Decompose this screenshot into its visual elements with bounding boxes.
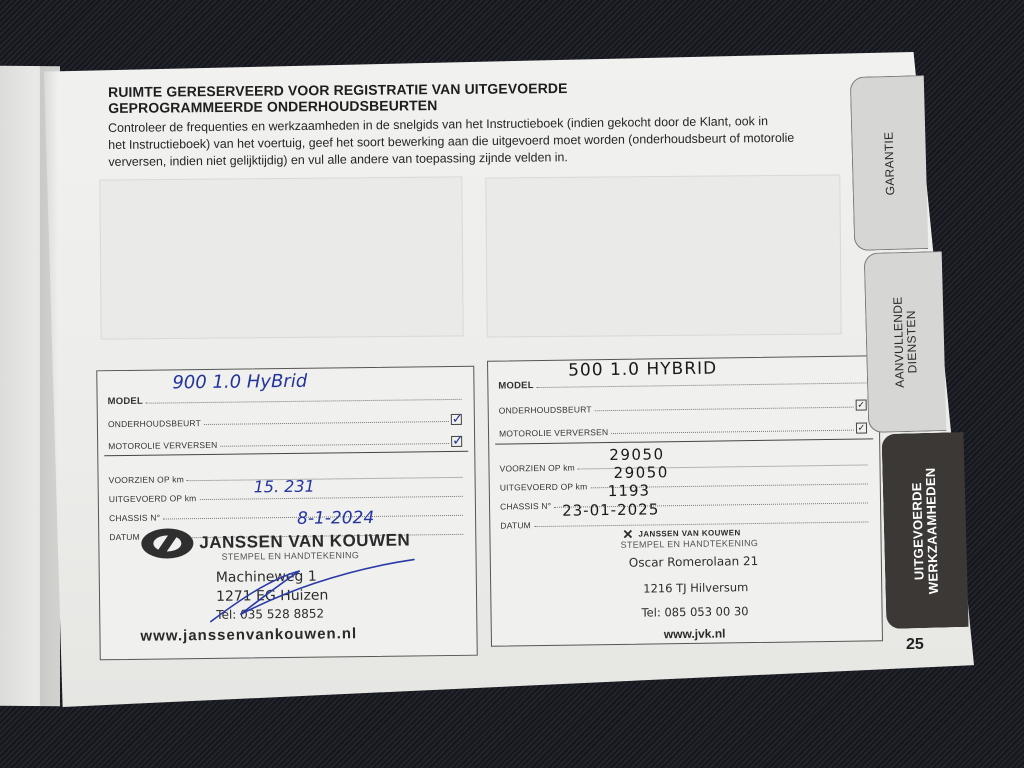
dealer-phone: Tel: 085 053 00 30	[641, 604, 748, 619]
voorzien-km-value: 29050	[609, 445, 664, 464]
dealer-website: www.jvk.nl	[664, 626, 726, 641]
tab-label: GARANTIE	[882, 131, 897, 195]
tab-uitgevoerde-werkzaamheden[interactable]: UITGEVOERDE WERKZAAMHEDEN	[881, 432, 968, 629]
uitgevoerd-km-value: 15. 231	[254, 477, 315, 497]
motorolie-label: MOTOROLIE VERVERSEN	[499, 427, 611, 439]
stamp-signature-label: STEMPEL EN HANDTEKENING	[621, 538, 759, 550]
tab-aanvullende-diensten[interactable]: AANVULLENDE DIENSTEN	[864, 251, 947, 433]
model-value: 500 1.0 HYBRID	[568, 359, 717, 381]
model-label: MODEL	[108, 396, 146, 407]
check-icon: ✓	[858, 423, 866, 433]
divider	[495, 438, 873, 444]
datum-label: DATUM	[109, 532, 143, 542]
chassis-label: CHASSIS N°	[109, 513, 163, 524]
dotted-line	[534, 521, 868, 527]
chassis-label: CHASSIS N°	[500, 501, 554, 512]
check-icon: ✓	[857, 400, 865, 410]
motorolie-label: MOTOROLIE VERVERSEN	[108, 440, 220, 451]
tab-label-line: DIENSTEN	[904, 296, 919, 388]
model-value: 900 1.0 HyBrid	[172, 371, 307, 394]
dotted-line	[187, 477, 463, 481]
maintenance-entry-1: MODEL 900 1.0 HyBrid ONDERHOUDSBEURT ✓ M…	[96, 366, 478, 661]
page-number: 25	[906, 636, 924, 654]
signature	[200, 557, 421, 630]
check-icon: ✓	[452, 433, 464, 449]
divider	[104, 451, 468, 456]
dealer-name: JANSSEN VAN KOUWEN	[638, 528, 740, 538]
dotted-line	[595, 407, 854, 412]
datum-value: 23-01-2025	[562, 500, 659, 519]
onderhoudsbeurt-checkbox[interactable]: ✓	[451, 414, 462, 425]
tab-label: UITGEVOERDE WERKZAAMHEDEN	[910, 467, 941, 594]
motorolie-row: MOTOROLIE VERVERSEN ✓	[499, 415, 867, 438]
datum-value: 8-1-2024	[297, 508, 374, 529]
onderhoudsbeurt-label: ONDERHOUDSBEURT	[108, 418, 204, 429]
model-label: MODEL	[498, 380, 536, 392]
ghost-form-box	[99, 176, 463, 339]
maintenance-entry-2: MODEL 500 1.0 HYBRID ONDERHOUDSBEURT ✓ M…	[487, 355, 883, 646]
tab-label-line: WERKZAAMHEDEN	[924, 467, 941, 594]
voorzien-label: VOORZIEN OP km	[499, 462, 578, 473]
uitgevoerd-label: UITGEVOERD OP km	[500, 481, 591, 492]
dotted-line	[204, 421, 449, 425]
onderhoudsbeurt-row: ONDERHOUDSBEURT ✓	[108, 407, 462, 429]
check-icon: ✓	[452, 412, 463, 427]
tab-label: AANVULLENDE DIENSTEN	[891, 296, 919, 388]
page-gutter	[40, 60, 58, 710]
uitgevoerd-label: UITGEVOERD OP km	[109, 493, 200, 504]
tab-garantie[interactable]: GARANTIE	[850, 75, 929, 251]
dotted-line	[537, 382, 867, 388]
dotted-line	[220, 443, 449, 447]
onderhoudsbeurt-checkbox[interactable]: ✓	[856, 399, 867, 410]
ghost-form-box	[485, 174, 841, 337]
dealer-address: Oscar Romerolaan 21	[629, 554, 759, 570]
datum-label: DATUM	[500, 520, 534, 530]
tab-label-line: GARANTIE	[882, 131, 897, 195]
motorolie-row: MOTOROLIE VERVERSEN ✓	[108, 429, 462, 451]
section-heading: RUIMTE GERESERVEERD VOOR REGISTRATIE VAN…	[108, 78, 748, 116]
uitgevoerd-km-value: 29050	[613, 463, 668, 482]
onderhoudsbeurt-row: ONDERHOUDSBEURT ✓	[499, 392, 867, 415]
voorzien-label: VOORZIEN OP km	[109, 474, 187, 485]
onderhoudsbeurt-label: ONDERHOUDSBEURT	[499, 404, 595, 415]
dotted-line	[146, 399, 462, 404]
dealer-city: 1216 TJ Hilversum	[643, 580, 748, 595]
dealer-name: JANSSEN VAN KOUWEN	[199, 530, 410, 553]
motorolie-checkbox[interactable]: ✓	[856, 422, 867, 433]
chassis-value: 1193	[608, 481, 650, 500]
instructions-text: Controleer de frequenties en werkzaamhed…	[108, 112, 848, 171]
dealer-logo-icon	[141, 528, 193, 559]
dotted-line	[199, 496, 462, 500]
motorolie-checkbox[interactable]: ✓	[451, 436, 462, 447]
datum-row: DATUM	[500, 507, 868, 530]
dotted-line	[611, 430, 854, 434]
